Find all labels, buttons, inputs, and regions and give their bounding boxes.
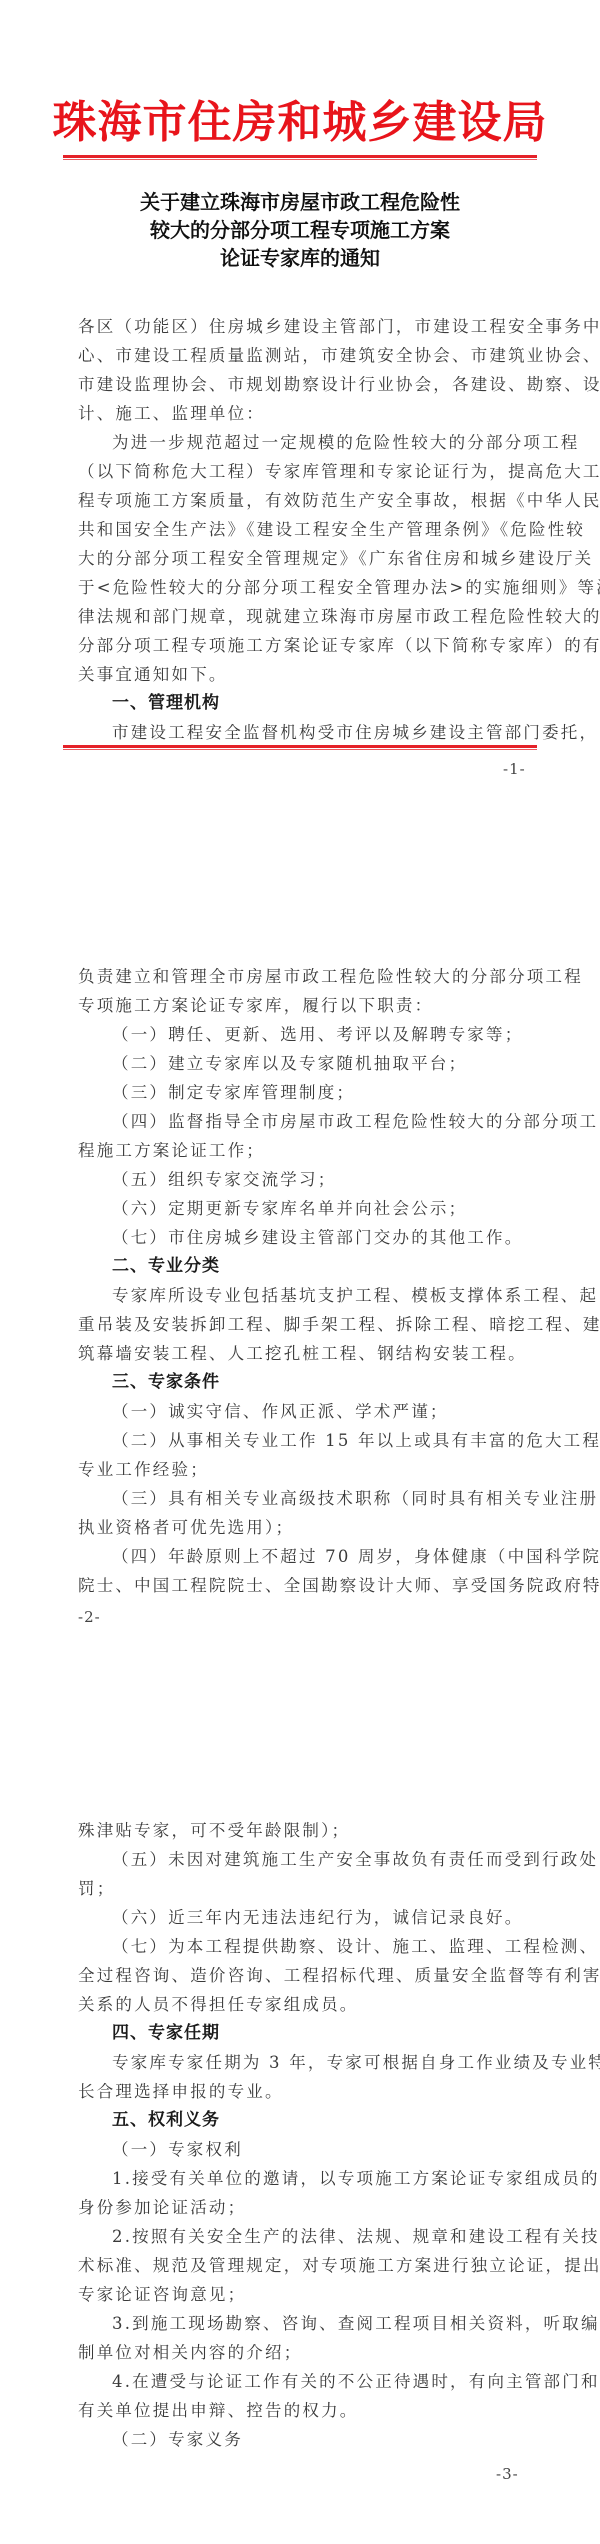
text-line: （五）未因对建筑施工生产安全事故负有责任而受到行政处 <box>112 1845 528 1874</box>
text-line: 程专项施工方案质量，有效防范生产安全事故，根据《中华人民 <box>78 486 528 515</box>
section-heading: 二、专业分类 <box>112 1252 528 1281</box>
page-number-1: -1- <box>503 760 526 778</box>
text-line: 关事宜通知如下。 <box>78 660 528 689</box>
text-line: 程施工方案论证工作； <box>78 1136 528 1165</box>
text-line: （一）聘任、更新、选用、考评以及解聘专家等； <box>112 1020 528 1049</box>
page-number-2: -2- <box>78 1608 101 1626</box>
text-line: 各区（功能区）住房城乡建设主管部门，市建设工程安全事务中 <box>78 312 528 341</box>
text-line: 3.到施工现场勘察、咨询、查阅工程项目相关资料，听取编 <box>112 2309 528 2338</box>
text-line: 分部分项工程专项施工方案论证专家库（以下简称专家库）的有 <box>78 631 528 660</box>
text-line: 长合理选择申报的专业。 <box>78 2077 528 2106</box>
text-line: 市建设工程安全监督机构受市住房城乡建设主管部门委托， <box>112 718 528 747</box>
page-1-footer-red-rule <box>63 745 537 750</box>
text-line: 大的分部分项工程安全管理规定》《广东省住房和城乡建设厅关 <box>78 544 528 573</box>
section-heading: 五、权利义务 <box>112 2106 528 2135</box>
section-heading: 三、专家条件 <box>112 1368 528 1397</box>
text-line: 计、施工、监理单位： <box>78 399 528 428</box>
text-line: （一）专家权利 <box>112 2135 528 2164</box>
text-line: 全过程咨询、造价咨询、工程招标代理、质量安全监督等有利害 <box>78 1961 528 1990</box>
text-line: （六）定期更新专家库名单并向社会公示； <box>112 1194 528 1223</box>
text-line: （二）专家义务 <box>112 2425 528 2454</box>
text-line: 心、市建设工程质量监测站，市建筑安全协会、市建筑业协会、 <box>78 341 528 370</box>
text-line: 执业资格者可优先选用）； <box>78 1513 528 1542</box>
page-number-3: -3- <box>496 2465 519 2483</box>
text-line: （以下简称危大工程）专家库管理和专家论证行为，提高危大工 <box>78 457 528 486</box>
text-line: 市建设监理协会、市规划勘察设计行业协会，各建设、勘察、设 <box>78 370 528 399</box>
text-line: （三）制定专家库管理制度； <box>112 1078 528 1107</box>
text-line: 制单位对相关内容的介绍； <box>78 2338 528 2367</box>
text-line: （一）诚实守信、作风正派、学术严谨； <box>112 1397 528 1426</box>
text-line: 律法规和部门规章，现就建立珠海市房屋市政工程危险性较大的 <box>78 602 528 631</box>
text-line: （四）监督指导全市房屋市政工程危险性较大的分部分项工 <box>112 1107 528 1136</box>
text-line: 专家库专家任期为 3 年，专家可根据自身工作业绩及专业特 <box>112 2048 528 2077</box>
text-line: 身份参加论证活动； <box>78 2193 528 2222</box>
document-title-line-2: 较大的分部分项工程专项施工方案 <box>0 216 600 244</box>
text-line: 有关单位提出申辩、控告的权力。 <box>78 2396 528 2425</box>
text-line: 4.在遭受与论证工作有关的不公正待遇时，有向主管部门和 <box>112 2367 528 2396</box>
text-line: 罚； <box>78 1874 528 1903</box>
section-heading: 四、专家任期 <box>112 2019 528 2048</box>
text-line: （七）为本工程提供勘察、设计、施工、监理、工程检测、 <box>112 1932 528 1961</box>
text-line: 专项施工方案论证专家库，履行以下职责： <box>78 991 528 1020</box>
text-line: 1.接受有关单位的邀请，以专项施工方案论证专家组成员的 <box>112 2164 528 2193</box>
text-line: （三）具有相关专业高级技术职称（同时具有相关专业注册 <box>112 1484 528 1513</box>
text-line: 2.按照有关安全生产的法律、法规、规章和建设工程有关技 <box>112 2222 528 2251</box>
text-line: 院士、中国工程院院士、全国勘察设计大师、享受国务院政府特 <box>78 1571 528 1600</box>
text-line: （七）市住房城乡建设主管部门交办的其他工作。 <box>112 1223 528 1252</box>
text-line: 关系的人员不得担任专家组成员。 <box>78 1990 528 2019</box>
document-title-line-1: 关于建立珠海市房屋市政工程危险性 <box>0 188 600 216</box>
text-line: 术标准、规范及管理规定，对专项施工方案进行独立论证，提出 <box>78 2251 528 2280</box>
text-line: 重吊装及安装拆卸工程、脚手架工程、拆除工程、暗挖工程、建 <box>78 1310 528 1339</box>
document-title-line-3: 论证专家库的通知 <box>0 244 600 272</box>
masthead-red-rule <box>63 155 537 160</box>
text-line: （六）近三年内无违法违纪行为，诚信记录良好。 <box>112 1903 528 1932</box>
text-line: 专家库所设专业包括基坑支护工程、模板支撑体系工程、起 <box>112 1281 528 1310</box>
text-line: （二）建立专家库以及专家随机抽取平台； <box>112 1049 528 1078</box>
text-line: （二）从事相关专业工作 15 年以上或具有丰富的危大工程 <box>112 1426 528 1455</box>
text-line: 为进一步规范超过一定规模的危险性较大的分部分项工程 <box>112 428 528 457</box>
text-line: 专业工作经验； <box>78 1455 528 1484</box>
text-line: （四）年龄原则上不超过 70 周岁，身体健康（中国科学院 <box>112 1542 528 1571</box>
text-line: （五）组织专家交流学习； <box>112 1165 528 1194</box>
section-heading: 一、管理机构 <box>112 689 528 718</box>
text-line: 共和国安全生产法》《建设工程安全生产管理条例》《危险性较 <box>78 515 528 544</box>
text-line: 负责建立和管理全市房屋市政工程危险性较大的分部分项工程 <box>78 962 528 991</box>
text-line: 殊津贴专家，可不受年龄限制）； <box>78 1816 528 1845</box>
text-line: 专家论证咨询意见； <box>78 2280 528 2309</box>
text-line: 筑幕墙安装工程、人工挖孔桩工程、钢结构安装工程。 <box>78 1339 528 1368</box>
text-line: 于<危险性较大的分部分项工程安全管理办法>的实施细则》等法 <box>78 573 528 602</box>
agency-masthead: 珠海市住房和城乡建设局 <box>0 96 600 150</box>
